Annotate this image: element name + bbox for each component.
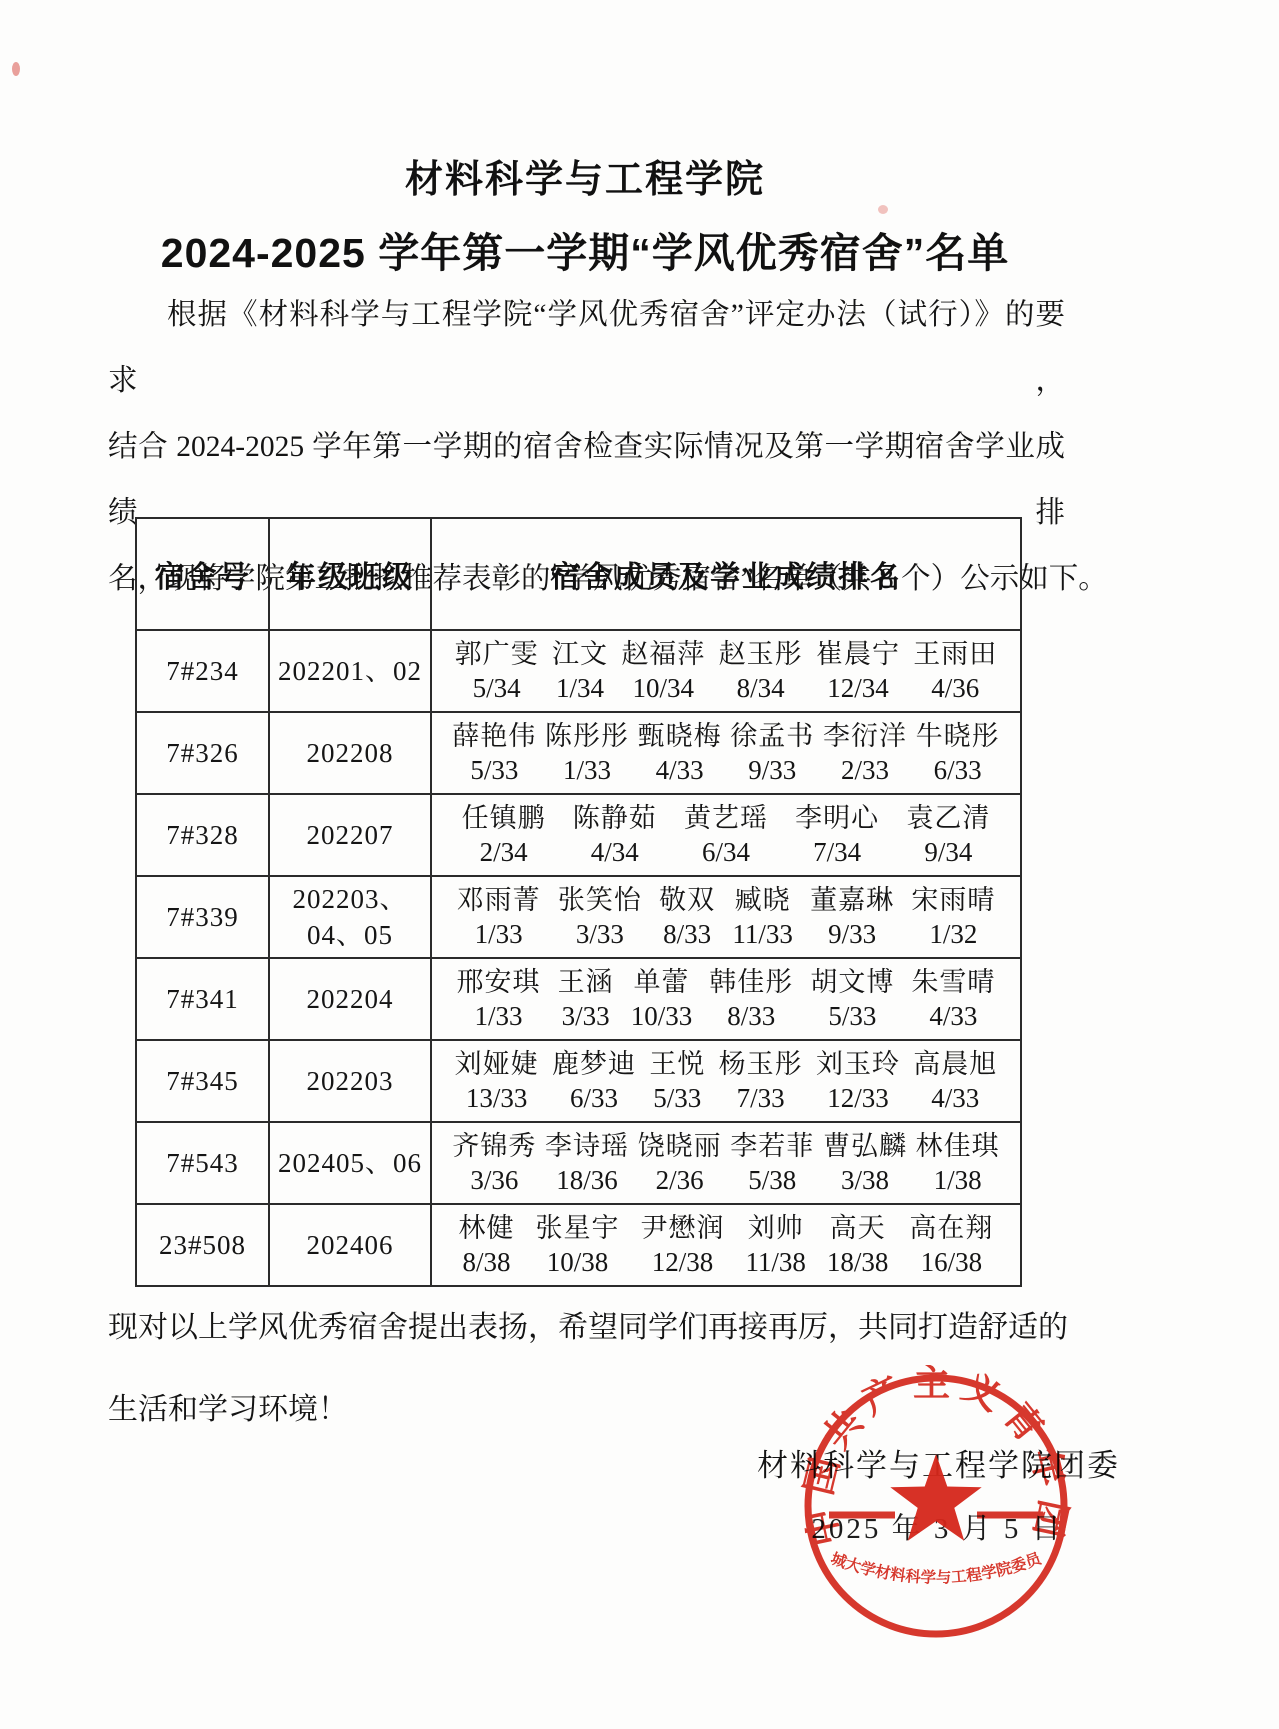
dorm-number-cell: 7#543 — [136, 1122, 269, 1204]
member: 赵福萍10/34 — [621, 637, 705, 705]
dorm-number: 7#543 — [137, 1145, 268, 1181]
member-rank: 4/36 — [913, 671, 997, 705]
members-cell: 邓雨菁1/33张笑怡3/33敬双8/33臧晓11/33董嘉琳9/33宋雨晴1/3… — [431, 876, 1021, 958]
table-row: 7#326202208薛艳伟5/33陈彤彤1/33甄晓梅4/33徐孟书9/33李… — [136, 712, 1021, 794]
member-name: 董嘉琳 — [810, 883, 894, 917]
member: 王雨田4/36 — [913, 637, 997, 705]
member: 胡文博5/33 — [810, 965, 894, 1033]
dorm-table-body: 7#234202201、02郭广雯5/34江文1/34赵福萍10/34赵玉彤8/… — [136, 630, 1021, 1286]
table-row: 7#341202204邢安琪1/33王涵3/33单蕾10/33韩佳彤8/33胡文… — [136, 958, 1021, 1040]
red-star-icon — [890, 1454, 981, 1541]
member-rank: 11/33 — [732, 917, 793, 951]
dorm-number: 7#345 — [137, 1063, 268, 1099]
member: 臧晓11/33 — [732, 883, 793, 951]
member-rank: 1/33 — [457, 999, 541, 1033]
table-row: 7#345202203刘娅婕13/33鹿梦迪6/33王悦5/33杨玉彤7/33刘… — [136, 1040, 1021, 1122]
dorm-number-cell: 7#345 — [136, 1040, 269, 1122]
member: 杨玉彤7/33 — [719, 1047, 803, 1115]
dorm-number-cell: 7#234 — [136, 630, 269, 712]
member-rank: 9/33 — [810, 917, 894, 951]
grade-class-cell: 202406 — [269, 1204, 431, 1286]
header-grade-class: 年级班级 — [269, 518, 431, 630]
member-rank: 10/33 — [631, 999, 693, 1033]
dorm-number-cell: 7#328 — [136, 794, 269, 876]
member-name: 王涵 — [558, 965, 614, 999]
member-name: 臧晓 — [732, 883, 793, 917]
grade-class-cell: 202207 — [269, 794, 431, 876]
member-name: 牛晓彤 — [916, 719, 1000, 753]
member-rank: 6/33 — [552, 1081, 636, 1115]
member-rank: 1/33 — [545, 753, 629, 787]
member-name: 尹懋润 — [640, 1211, 724, 1245]
member: 韩佳彤8/33 — [709, 965, 793, 1033]
dorm-number-cell: 7#326 — [136, 712, 269, 794]
dorm-number-cell: 7#341 — [136, 958, 269, 1040]
member: 饶晓丽2/36 — [638, 1129, 722, 1197]
member-name: 李明心 — [795, 801, 879, 835]
member-name: 鹿梦迪 — [552, 1047, 636, 1081]
dorm-table: 宿舍号 年级班级 宿舍成员及学业成绩排名 7#234202201、02郭广雯5/… — [135, 517, 1022, 1287]
member-rank: 8/38 — [458, 1245, 514, 1279]
member-rank: 12/33 — [816, 1081, 900, 1115]
member-rank: 3/38 — [823, 1163, 907, 1197]
member: 李明心7/34 — [795, 801, 879, 869]
member: 尹懋润12/38 — [640, 1211, 724, 1279]
member-rank: 9/33 — [730, 753, 814, 787]
table-header-row: 宿舍号 年级班级 宿舍成员及学业成绩排名 — [136, 518, 1021, 630]
table-row: 7#328202207任镇鹏2/34陈静茹4/34黄艺瑶6/34李明心7/34袁… — [136, 794, 1021, 876]
members-list: 齐锦秀3/36李诗瑶18/36饶晓丽2/36李若菲5/38曹弘麟3/38林佳琪1… — [432, 1123, 1020, 1203]
closing-line-1: 现对以上学风优秀宿舍提出表扬，希望同学们再接再厉，共同打造舒适的 — [108, 1302, 1065, 1346]
member-rank: 6/33 — [916, 753, 1000, 787]
member-rank: 18/38 — [827, 1245, 889, 1279]
header-dorm-number: 宿舍号 — [136, 518, 269, 630]
member-name: 齐锦秀 — [452, 1129, 536, 1163]
member-name: 郭广雯 — [455, 637, 539, 671]
grade-class-cell: 202203、04、05 — [269, 876, 431, 958]
member-rank: 10/34 — [621, 671, 705, 705]
member: 任镇鹏2/34 — [462, 801, 546, 869]
member: 李若菲5/38 — [730, 1129, 814, 1197]
member-name: 刘玉玲 — [816, 1047, 900, 1081]
member-name: 刘帅 — [745, 1211, 806, 1245]
member-name: 高在翔 — [909, 1211, 993, 1245]
grade-class: 202207 — [270, 817, 430, 853]
member-rank: 9/34 — [906, 835, 990, 869]
member-name: 陈静茹 — [573, 801, 657, 835]
grade-class: 202405、06 — [270, 1145, 430, 1181]
member: 陈彤彤1/33 — [545, 719, 629, 787]
member-rank: 4/33 — [911, 999, 995, 1033]
member-name: 杨玉彤 — [719, 1047, 803, 1081]
member-name: 敬双 — [659, 883, 715, 917]
member: 薛艳伟5/33 — [452, 719, 536, 787]
member-name: 李若菲 — [730, 1129, 814, 1163]
member-rank: 3/36 — [452, 1163, 536, 1197]
member-name: 陈彤彤 — [545, 719, 629, 753]
scan-artifact — [878, 205, 888, 214]
member-rank: 2/34 — [462, 835, 546, 869]
page-subtitle: 2024-2025 学年第一学期“学风优秀宿舍”名单 — [0, 220, 1170, 279]
member: 曹弘麟3/38 — [823, 1129, 907, 1197]
member: 甄晓梅4/33 — [638, 719, 722, 787]
member: 高天18/38 — [827, 1211, 889, 1279]
member-rank: 1/34 — [552, 671, 608, 705]
member: 高在翔16/38 — [909, 1211, 993, 1279]
member-rank: 5/33 — [810, 999, 894, 1033]
member: 袁乙清9/34 — [906, 801, 990, 869]
member-name: 饶晓丽 — [638, 1129, 722, 1163]
member-rank: 4/33 — [913, 1081, 997, 1115]
member-rank: 2/36 — [638, 1163, 722, 1197]
member-name: 朱雪晴 — [911, 965, 995, 999]
dorm-number: 7#234 — [137, 653, 268, 689]
member: 王涵3/33 — [558, 965, 614, 1033]
member-rank: 12/34 — [816, 671, 900, 705]
member-rank: 5/38 — [730, 1163, 814, 1197]
member: 李诗瑶18/36 — [545, 1129, 629, 1197]
member: 牛晓彤6/33 — [916, 719, 1000, 787]
member: 林佳琪1/38 — [916, 1129, 1000, 1197]
members-list: 刘娅婕13/33鹿梦迪6/33王悦5/33杨玉彤7/33刘玉玲12/33高晨旭4… — [432, 1041, 1020, 1121]
grade-class: 202203、04、05 — [270, 881, 430, 953]
members-cell: 郭广雯5/34江文1/34赵福萍10/34赵玉彤8/34崔晨宁12/34王雨田4… — [431, 630, 1021, 712]
member-rank: 10/38 — [535, 1245, 619, 1279]
members-cell: 齐锦秀3/36李诗瑶18/36饶晓丽2/36李若菲5/38曹弘麟3/38林佳琪1… — [431, 1122, 1021, 1204]
member: 邓雨菁1/33 — [457, 883, 541, 951]
member-name: 邢安琪 — [457, 965, 541, 999]
member-rank: 6/34 — [684, 835, 768, 869]
member-rank: 5/34 — [455, 671, 539, 705]
members-list: 薛艳伟5/33陈彤彤1/33甄晓梅4/33徐孟书9/33李衍洋2/33牛晓彤6/… — [432, 713, 1020, 793]
dorm-number-cell: 7#339 — [136, 876, 269, 958]
grade-class-cell: 202405、06 — [269, 1122, 431, 1204]
member-rank: 5/33 — [452, 753, 536, 787]
member-name: 林健 — [458, 1211, 514, 1245]
member-rank: 12/38 — [640, 1245, 724, 1279]
member-name: 曹弘麟 — [823, 1129, 907, 1163]
member-name: 邓雨菁 — [457, 883, 541, 917]
member-name: 任镇鹏 — [462, 801, 546, 835]
member-name: 王悦 — [649, 1047, 705, 1081]
table-row: 7#234202201、02郭广雯5/34江文1/34赵福萍10/34赵玉彤8/… — [136, 630, 1021, 712]
member-name: 刘娅婕 — [455, 1047, 539, 1081]
member-name: 张笑怡 — [558, 883, 642, 917]
seal-star-layer — [795, 1365, 1078, 1648]
members-cell: 林健8/38张星宇10/38尹懋润12/38刘帅11/38高天18/38高在翔1… — [431, 1204, 1021, 1286]
dorm-number: 7#341 — [137, 981, 268, 1017]
member-rank: 1/32 — [911, 917, 995, 951]
member-rank: 4/34 — [573, 835, 657, 869]
member: 朱雪晴4/33 — [911, 965, 995, 1033]
member: 敬双8/33 — [659, 883, 715, 951]
members-cell: 薛艳伟5/33陈彤彤1/33甄晓梅4/33徐孟书9/33李衍洋2/33牛晓彤6/… — [431, 712, 1021, 794]
member-name: 宋雨晴 — [911, 883, 995, 917]
member: 陈静茹4/34 — [573, 801, 657, 869]
member-name: 单蕾 — [631, 965, 693, 999]
members-list: 邓雨菁1/33张笑怡3/33敬双8/33臧晓11/33董嘉琳9/33宋雨晴1/3… — [432, 877, 1020, 957]
grade-class: 202204 — [270, 981, 430, 1017]
member-name: 王雨田 — [913, 637, 997, 671]
member: 江文1/34 — [552, 637, 608, 705]
paragraph-line: 根据《材料科学与工程学院“学风优秀宿舍”评定办法（试行）》的要求， — [108, 282, 1065, 414]
member-rank: 2/33 — [823, 753, 907, 787]
member-name: 薛艳伟 — [452, 719, 536, 753]
member-rank: 8/33 — [709, 999, 793, 1033]
grade-class: 202201、02 — [270, 653, 430, 689]
member: 王悦5/33 — [649, 1047, 705, 1115]
member-rank: 4/33 — [638, 753, 722, 787]
scan-artifact — [12, 62, 20, 76]
member: 张星宇10/38 — [535, 1211, 619, 1279]
member-name: 高天 — [827, 1211, 889, 1245]
member: 崔晨宁12/34 — [816, 637, 900, 705]
member-rank: 5/33 — [649, 1081, 705, 1115]
member: 李衍洋2/33 — [823, 719, 907, 787]
member: 赵玉彤8/34 — [719, 637, 803, 705]
members-list: 任镇鹏2/34陈静茹4/34黄艺瑶6/34李明心7/34袁乙清9/34 — [432, 795, 1020, 875]
member-name: 李诗瑶 — [545, 1129, 629, 1163]
grade-class-cell: 202201、02 — [269, 630, 431, 712]
member-name: 崔晨宁 — [816, 637, 900, 671]
grade-class-cell: 202208 — [269, 712, 431, 794]
table-row: 7#339202203、04、05邓雨菁1/33张笑怡3/33敬双8/33臧晓1… — [136, 876, 1021, 958]
member-rank: 16/38 — [909, 1245, 993, 1279]
member: 刘娅婕13/33 — [455, 1047, 539, 1115]
member: 黄艺瑶6/34 — [684, 801, 768, 869]
member-name: 高晨旭 — [913, 1047, 997, 1081]
members-list: 郭广雯5/34江文1/34赵福萍10/34赵玉彤8/34崔晨宁12/34王雨田4… — [432, 631, 1020, 711]
member: 高晨旭4/33 — [913, 1047, 997, 1115]
grade-class: 202208 — [270, 735, 430, 771]
members-list: 邢安琪1/33王涵3/33单蕾10/33韩佳彤8/33胡文博5/33朱雪晴4/3… — [432, 959, 1020, 1039]
table-row: 7#543202405、06齐锦秀3/36李诗瑶18/36饶晓丽2/36李若菲5… — [136, 1122, 1021, 1204]
dorm-number: 7#326 — [137, 735, 268, 771]
dorm-number: 7#328 — [137, 817, 268, 853]
member: 徐孟书9/33 — [730, 719, 814, 787]
member: 单蕾10/33 — [631, 965, 693, 1033]
member-rank: 1/33 — [457, 917, 541, 951]
member: 宋雨晴1/32 — [911, 883, 995, 951]
dorm-number-cell: 23#508 — [136, 1204, 269, 1286]
member-name: 黄艺瑶 — [684, 801, 768, 835]
header-members-ranking: 宿舍成员及学业成绩排名 — [431, 518, 1021, 630]
member: 林健8/38 — [458, 1211, 514, 1279]
member-name: 甄晓梅 — [638, 719, 722, 753]
member-name: 袁乙清 — [906, 801, 990, 835]
member: 邢安琪1/33 — [457, 965, 541, 1033]
member-name: 韩佳彤 — [709, 965, 793, 999]
members-cell: 邢安琪1/33王涵3/33单蕾10/33韩佳彤8/33胡文博5/33朱雪晴4/3… — [431, 958, 1021, 1040]
member-name: 赵福萍 — [621, 637, 705, 671]
page-title: 材料科学与工程学院 — [0, 148, 1170, 203]
member-rank: 8/33 — [659, 917, 715, 951]
member-name: 张星宇 — [535, 1211, 619, 1245]
member-rank: 13/33 — [455, 1081, 539, 1115]
member: 鹿梦迪6/33 — [552, 1047, 636, 1115]
table-row: 23#508202406林健8/38张星宇10/38尹懋润12/38刘帅11/3… — [136, 1204, 1021, 1286]
dorm-number: 7#339 — [137, 899, 268, 935]
member-rank: 8/34 — [719, 671, 803, 705]
member-rank: 3/33 — [558, 917, 642, 951]
grade-class: 202406 — [270, 1227, 430, 1263]
member-name: 徐孟书 — [730, 719, 814, 753]
member-name: 李衍洋 — [823, 719, 907, 753]
members-cell: 刘娅婕13/33鹿梦迪6/33王悦5/33杨玉彤7/33刘玉玲12/33高晨旭4… — [431, 1040, 1021, 1122]
members-list: 林健8/38张星宇10/38尹懋润12/38刘帅11/38高天18/38高在翔1… — [432, 1205, 1020, 1285]
member-rank: 11/38 — [745, 1245, 806, 1279]
member: 郭广雯5/34 — [455, 637, 539, 705]
member: 齐锦秀3/36 — [452, 1129, 536, 1197]
member: 刘玉玲12/33 — [816, 1047, 900, 1115]
member: 董嘉琳9/33 — [810, 883, 894, 951]
grade-class-cell: 202204 — [269, 958, 431, 1040]
member-rank: 7/34 — [795, 835, 879, 869]
member: 张笑怡3/33 — [558, 883, 642, 951]
member-name: 江文 — [552, 637, 608, 671]
member-rank: 18/36 — [545, 1163, 629, 1197]
member-rank: 3/33 — [558, 999, 614, 1033]
grade-class: 202203 — [270, 1063, 430, 1099]
member-name: 林佳琪 — [916, 1129, 1000, 1163]
member-rank: 7/33 — [719, 1081, 803, 1115]
member-name: 赵玉彤 — [719, 637, 803, 671]
member-rank: 1/38 — [916, 1163, 1000, 1197]
dorm-number: 23#508 — [137, 1227, 268, 1263]
member: 刘帅11/38 — [745, 1211, 806, 1279]
members-cell: 任镇鹏2/34陈静茹4/34黄艺瑶6/34李明心7/34袁乙清9/34 — [431, 794, 1021, 876]
member-name: 胡文博 — [810, 965, 894, 999]
grade-class-cell: 202203 — [269, 1040, 431, 1122]
